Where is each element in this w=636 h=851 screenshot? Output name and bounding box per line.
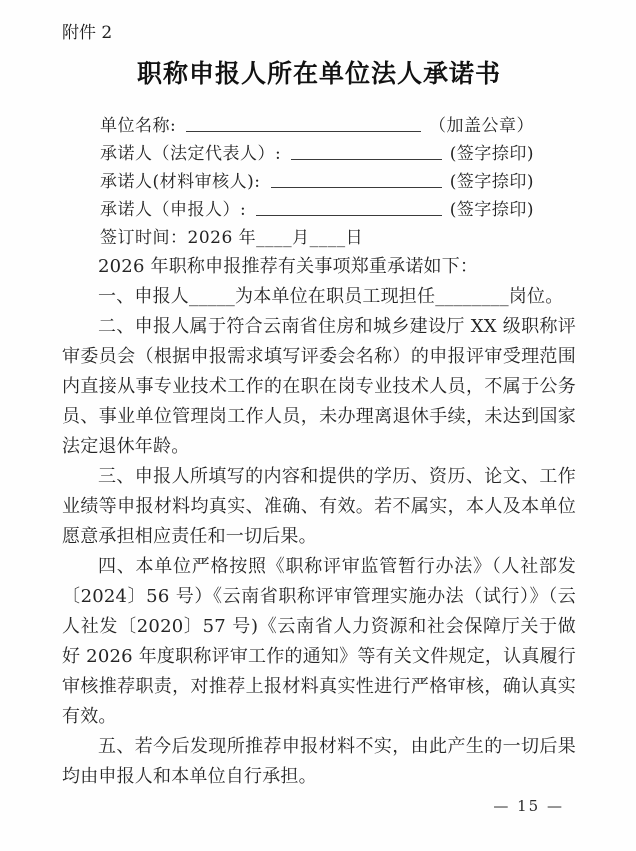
document-page: 附件 2 职称申报人所在单位法人承诺书 单位名称: （加盖公章） 承诺人（法定代… bbox=[0, 0, 636, 851]
document-title: 职称申报人所在单位法人承诺书 bbox=[62, 57, 576, 91]
legal-representative-blank-line bbox=[291, 158, 442, 160]
page-number: — 15 — bbox=[493, 797, 564, 815]
clause-2: 二、申报人属于符合云南省住房和城乡建设厅 XX 级职称评审委员会（根据申报需求填… bbox=[62, 312, 576, 462]
form-row-legal-representative: 承诺人（法定代表人）: (签字捺印) bbox=[100, 136, 534, 164]
document-content: 附件 2 职称申报人所在单位法人承诺书 单位名称: （加盖公章） 承诺人（法定代… bbox=[62, 22, 576, 792]
signature-fingerprint-note-1: (签字捺印) bbox=[450, 139, 534, 164]
unit-name-label: 单位名称: bbox=[100, 111, 176, 136]
applicant-label: 承诺人（申报人）: bbox=[100, 195, 246, 220]
clause-4: 四、本单位严格按照《职称评审监管暂行办法》（人社部发〔2024〕56 号）《云南… bbox=[62, 552, 576, 732]
commitment-intro: 2026 年职称申报推荐有关事项郑重承诺如下： bbox=[62, 252, 576, 282]
form-row-material-reviewer: 承诺人(材料审核人): (签字捺印) bbox=[100, 164, 534, 192]
attachment-label: 附件 2 bbox=[62, 22, 576, 44]
form-row-applicant: 承诺人（申报人）: (签字捺印) bbox=[100, 192, 534, 220]
form-row-unit-name: 单位名称: （加盖公章） bbox=[100, 108, 534, 136]
official-seal-note: （加盖公章） bbox=[429, 111, 534, 136]
signature-fingerprint-note-2: (签字捺印) bbox=[450, 167, 534, 192]
legal-representative-label: 承诺人（法定代表人）: bbox=[100, 139, 281, 164]
unit-name-blank-line bbox=[186, 130, 421, 132]
material-reviewer-label: 承诺人(材料审核人): bbox=[100, 167, 261, 192]
clause-3: 三、申报人所填写的内容和提供的学历、资历、论文、工作业绩等申报材料均真实、准确、… bbox=[62, 462, 576, 552]
sign-date-line: 签订时间：2026 年____月____日 bbox=[100, 220, 534, 248]
sign-date-text: 签订时间：2026 年____月____日 bbox=[100, 223, 363, 248]
signature-form-block: 单位名称: （加盖公章） 承诺人（法定代表人）: (签字捺印) 承诺人(材料审核… bbox=[100, 108, 534, 248]
commitment-body: 2026 年职称申报推荐有关事项郑重承诺如下： 一、申报人_____为本单位在职… bbox=[62, 252, 576, 792]
material-reviewer-blank-line bbox=[271, 186, 442, 188]
applicant-blank-line bbox=[256, 214, 442, 216]
signature-fingerprint-note-3: (签字捺印) bbox=[450, 195, 534, 220]
clause-5: 五、若今后发现所推荐申报材料不实，由此产生的一切后果均由申报人和本单位自行承担。 bbox=[62, 732, 576, 792]
clause-1: 一、申报人_____为本单位在职员工现担任________岗位。 bbox=[62, 282, 576, 312]
